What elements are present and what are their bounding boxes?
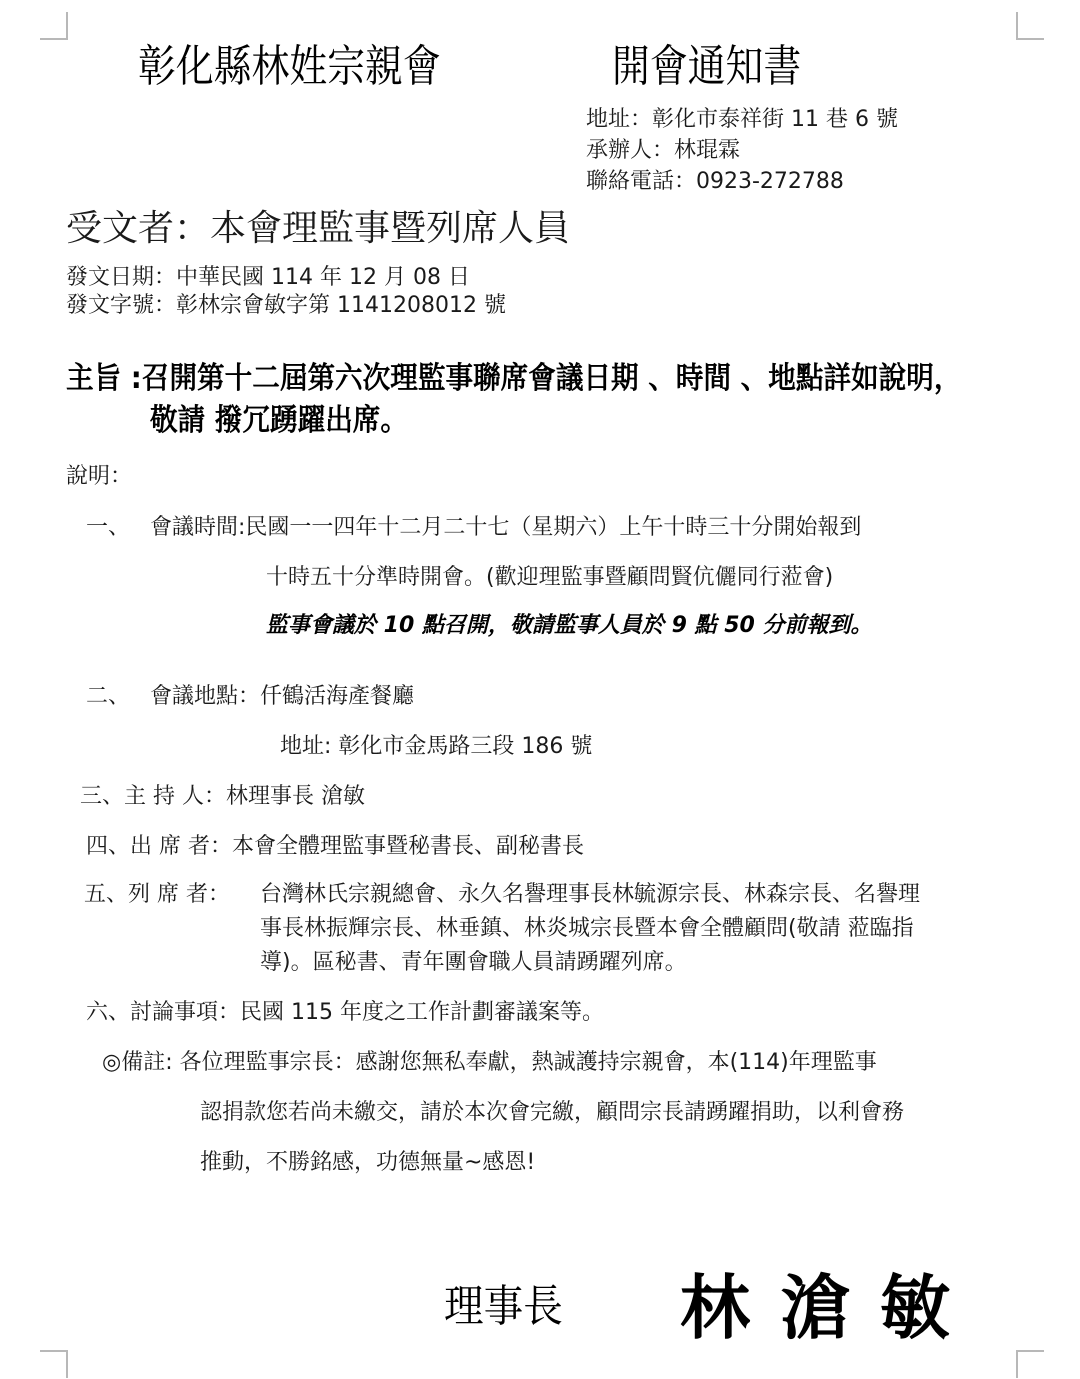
signature-title: 理事長 <box>444 1270 563 1334</box>
item-6-discussion: 六、討論事項：民國 115 年度之工作計劃審議案等。 <box>86 995 604 1026</box>
recipient: 受文者：本會理監事暨列席人員 <box>66 200 570 251</box>
item-2-line-2: 地址: 彰化市金馬路三段 186 號 <box>280 729 592 760</box>
issue-number: 發文字號：彰林宗會敏字第 1141208012 號 <box>66 292 506 320</box>
contact-handler: 承辦人：林琨霖 <box>586 135 740 166</box>
remark-line-1: ◎備註: 各位理監事宗長：感謝您無私奉獻，熱誠護持宗親會，本(114)年理監事 <box>102 1045 877 1076</box>
subject-line-1: 主旨 :召開第十二屆第六次理監事聯席會議日期 、時間 、地點詳如說明， <box>66 358 961 400</box>
contact-address: 地址：彰化市泰祥街 11 巷 6 號 <box>586 104 898 135</box>
remark-line-2: 認捐款您若尚未繳交，請於本次會完繳，顧問宗長請踴躍捐助，以利會務 <box>200 1095 904 1126</box>
subject-line-2: 敬請 撥冗踴躍出席。 <box>150 400 408 442</box>
document-type-title: 開會通知書 <box>612 30 801 94</box>
item-3-host: 三、主 持 人：林理事長 滄敏 <box>80 779 365 810</box>
signature-name: 林滄敏 <box>680 1252 980 1353</box>
item-5-line-3: 導)。區秘書、青年團會職人員請踴躍列席。 <box>260 945 687 976</box>
item-2-line-1: 會議地點：仟鶴活海產餐廳 <box>150 679 414 710</box>
issue-date: 發文日期：中華民國 114 年 12 月 08 日 <box>66 264 470 292</box>
item-2-number: 二、 <box>86 679 130 710</box>
item-5-line-1: 台灣林氏宗親總會、永久名譽理事長林毓源宗長、林森宗長、名譽理 <box>260 877 920 908</box>
item-5-line-2: 事長林振輝宗長、林垂鎮、林炎城宗長暨本會全體顧問(敬請 蒞臨指 <box>260 911 914 942</box>
item-4-attendees: 四、出 席 者：本會全體理監事暨秘書長、副秘書長 <box>86 829 584 860</box>
crop-mark-top-right <box>1016 12 1044 40</box>
crop-mark-bottom-left <box>40 1350 68 1378</box>
crop-mark-top-left <box>40 12 68 40</box>
item-1-line-2: 十時五十分準時開會。(歡迎理監事暨顧問賢伉儷同行蒞會) <box>266 560 833 591</box>
item-1-number: 一、 <box>86 510 130 541</box>
item-1-line-1: 會議時間:民國一一四年十二月二十七（星期六）上午十時三十分開始報到 <box>150 510 861 541</box>
item-5-label: 五、列 席 者： <box>84 877 230 908</box>
remark-line-3: 推動，不勝銘感，功德無量~感恩! <box>200 1145 535 1176</box>
crop-mark-bottom-right <box>1016 1350 1044 1378</box>
organization-title: 彰化縣林姓宗親會 <box>138 30 441 94</box>
explanation-label: 說明： <box>66 459 132 490</box>
contact-phone: 聯絡電話：0923-272788 <box>586 166 844 197</box>
item-1-supervisor-note: 監事會議於 10 點召開，敬請監事人員於 9 點 50 分前報到。 <box>266 608 873 639</box>
